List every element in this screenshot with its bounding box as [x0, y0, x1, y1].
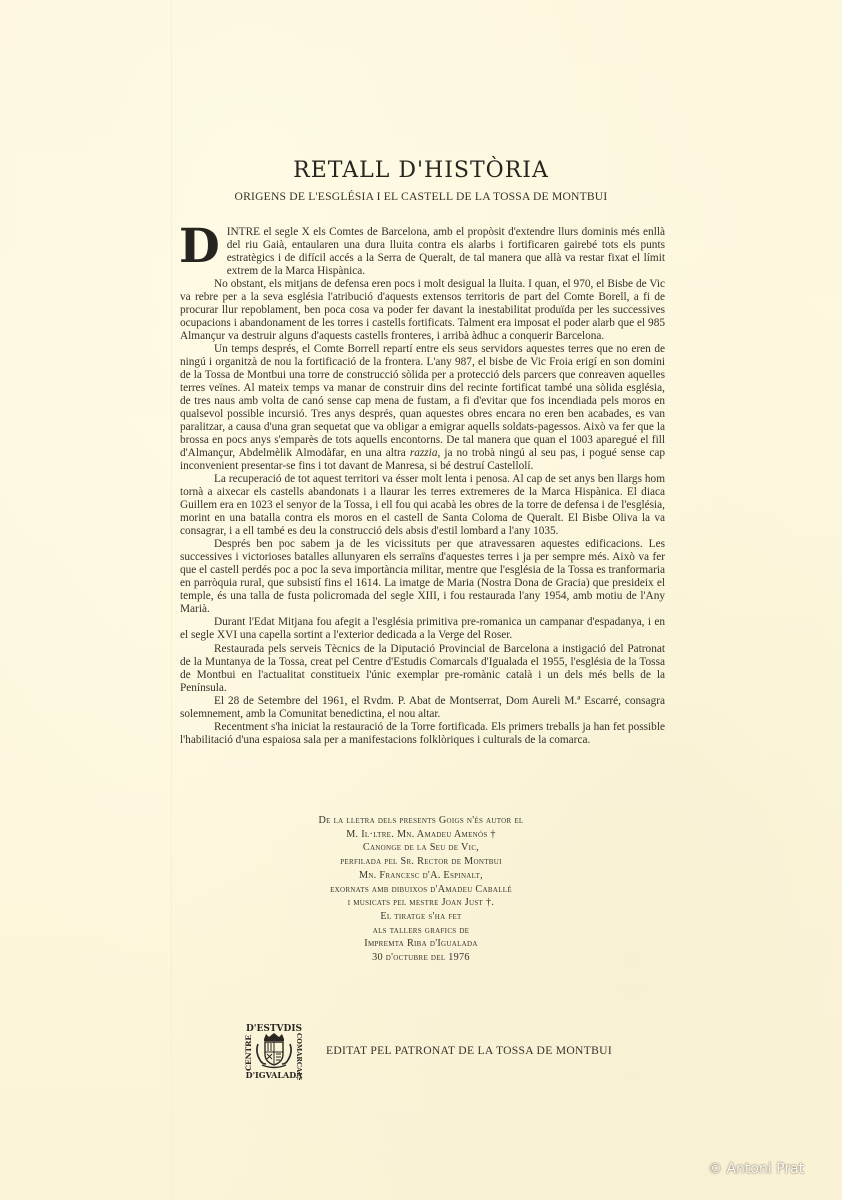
logo-text-left: CENTRE	[244, 1035, 253, 1071]
colophon-line: Canonge de la Seu de Vic,	[0, 841, 842, 855]
paragraph: El 28 de Setembre del 1961, el Rvdm. P. …	[180, 695, 665, 721]
centre-estudis-logo: D'ESTVDIS D'IGVALADA CENTRE COMARCALS	[244, 1022, 304, 1080]
italic-term: razzia	[410, 447, 438, 459]
colophon-line: perfilada pel Sr. Rector de Montbui	[0, 855, 842, 869]
page-title: RETALL D'HISTÒRIA	[0, 158, 842, 183]
logo-text-bottom: D'IGVALADA	[246, 1070, 304, 1080]
publisher-line: EDITAT PEL PATRONAT DE LA TOSSA DE MONTB…	[326, 1044, 612, 1057]
colophon-line: De la lletra dels presents Goigs n'és au…	[0, 814, 842, 828]
paragraph: Un temps després, el Comte Borrell repar…	[180, 343, 665, 473]
paragraph: DINTRE el segle X els Comtes de Barcelon…	[180, 226, 665, 278]
copyright-watermark: © Antoni Prat	[708, 1161, 804, 1177]
colophon-line: als tallers grafics de	[0, 924, 842, 938]
logo-text-right: COMARCALS	[295, 1033, 303, 1080]
paragraph: La recuperació de tot aquest territori v…	[180, 473, 665, 538]
logo-text-top: D'ESTVDIS	[246, 1024, 302, 1034]
colophon-line: i musicats pel mestre Joan Just †.	[0, 896, 842, 910]
colophon-line: Mn. Francesc d'A. Espinalt,	[0, 869, 842, 883]
paragraph: Després ben poc sabem ja de les vicissit…	[180, 538, 665, 616]
colophon-line: El tiratge s'ha fet	[0, 910, 842, 924]
colophon-line: Impremta Riba d'Igualada	[0, 937, 842, 951]
colophon: De la lletra dels presents Goigs n'és au…	[0, 814, 842, 965]
page-subtitle: ORIGENS DE L'ESGLÉSIA I EL CASTELL DE LA…	[0, 190, 842, 203]
paragraph: Recentment s'ha iniciat la restauració d…	[180, 721, 665, 747]
paragraph-text: INTRE el segle X els Comtes de Barcelona…	[227, 226, 665, 277]
crowned-shield-icon	[257, 1033, 291, 1068]
drop-cap: D	[179, 228, 220, 266]
paragraph: Durant l'Edat Mitjana fou afegit a l'esg…	[180, 616, 665, 642]
colophon-line: 30 d'octubre del 1976	[0, 951, 842, 965]
paragraph: Restaurada pels serveis Tècnics de la Di…	[180, 643, 665, 695]
paragraph: No obstant, els mitjans de defensa eren …	[180, 278, 665, 343]
colophon-line: M. Il·ltre. Mn. Amadeu Amenós †	[0, 828, 842, 842]
colophon-line: exornats amb dibuixos d'Amadeu Caballé	[0, 883, 842, 897]
article-body: DINTRE el segle X els Comtes de Barcelon…	[180, 226, 665, 747]
